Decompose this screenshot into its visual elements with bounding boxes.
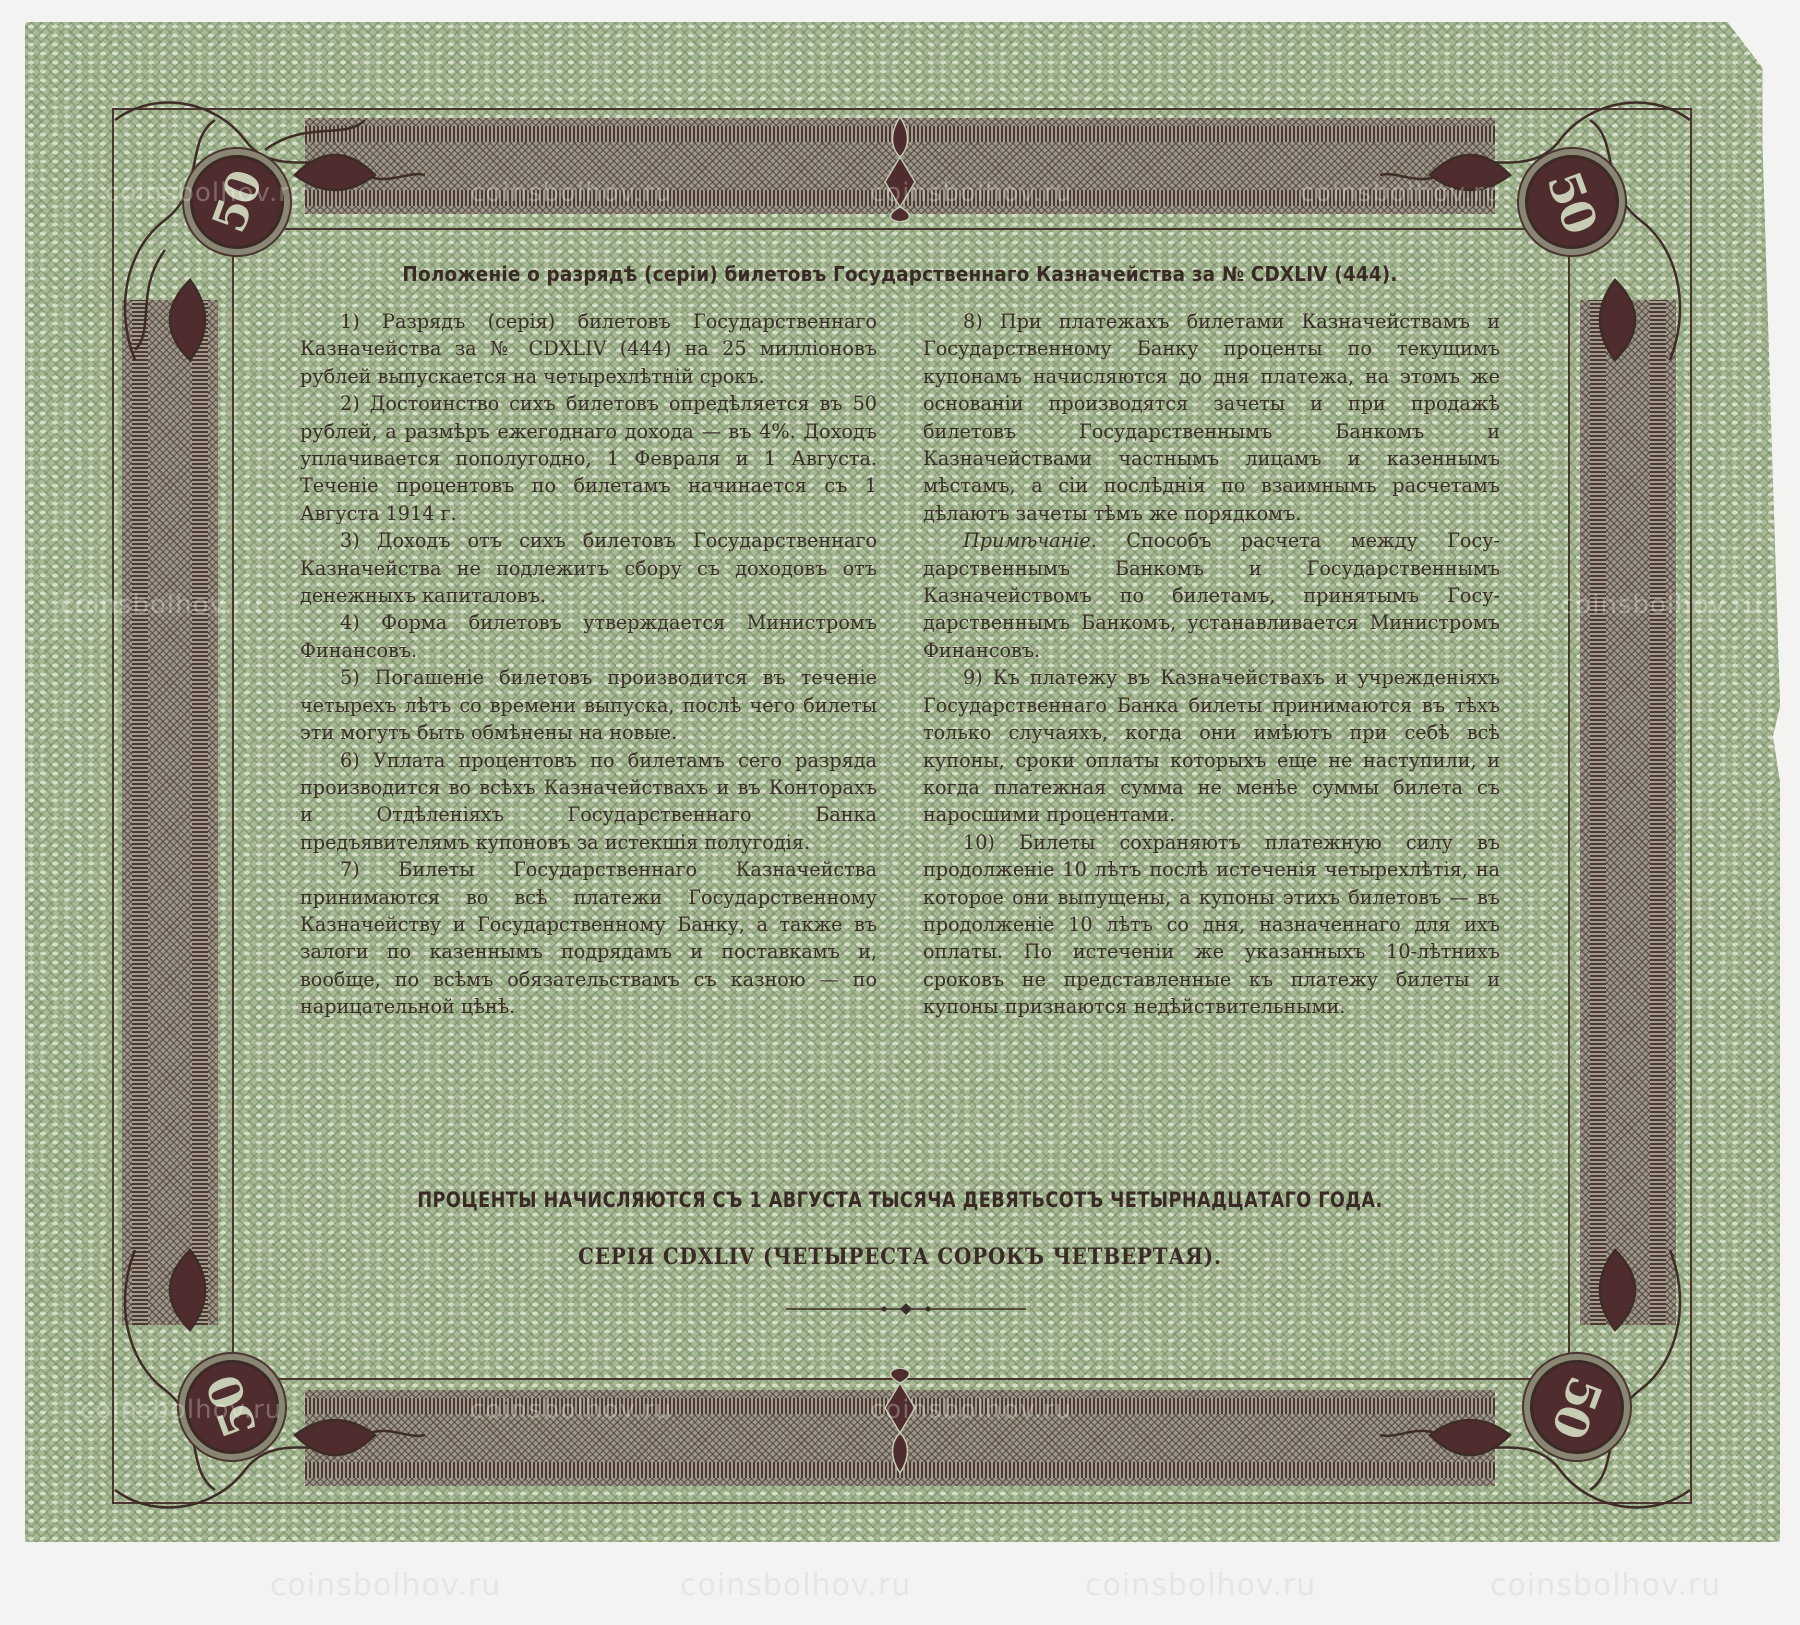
clause-5: 5) Погашенiе билетовъ производится въ те…	[300, 664, 877, 746]
terms-text-area: Положенiе о разрядѣ (серiи) билетовъ Гос…	[300, 262, 1500, 1021]
left-text-column: 1) Разрядъ (серiя) билетовъ Государствен…	[300, 308, 877, 1021]
series-line: СЕРIЯ CDXLIV (ЧЕТЫРЕСТА СОРОКЪ ЧЕТВЕРТАЯ…	[360, 1244, 1440, 1270]
corner-ornament-bottom-left: 50	[95, 1230, 425, 1530]
fleuron-top-icon	[870, 112, 930, 222]
clause-1: 1) Разрядъ (серiя) билетовъ Государствен…	[300, 308, 877, 390]
clause-2: 2) Достоинство сихъ билетовъ опредѣляетс…	[300, 390, 877, 527]
fleuron-bottom-icon	[870, 1368, 930, 1478]
clause-7: 7) Билеты Государственнаго Казначейства …	[300, 856, 877, 1020]
clause-8-note: Примѣчанiе. Способъ расчета между Госу­д…	[923, 527, 1500, 664]
watermark: coinsbolhov.ru	[680, 1568, 911, 1603]
note-label: Примѣчанiе.	[963, 529, 1097, 552]
document-title: Положенiе о разрядѣ (серiи) билетовъ Гос…	[348, 262, 1452, 286]
corner-ornament-bottom-right: 50	[1380, 1230, 1710, 1530]
clause-6: 6) Уплата процентовъ по билетамъ сего ра…	[300, 747, 877, 857]
watermark: coinsbolhov.ru	[1490, 1568, 1721, 1603]
clause-4: 4) Форма билетовъ утверждается Мини­стро…	[300, 609, 877, 664]
watermark: coinsbolhov.ru	[1085, 1568, 1316, 1603]
clause-3: 3) Доходъ отъ сихъ билетовъ Государствен…	[300, 527, 877, 609]
right-text-column: 8) При платежахъ билетами Казначействамъ…	[923, 308, 1500, 1021]
clause-8: 8) При платежахъ билетами Казначействамъ…	[923, 308, 1500, 527]
ornamental-divider-icon	[786, 1302, 1026, 1316]
interest-accrual-line: ПРОЦЕНТЫ НАЧИСЛЯЮТСЯ СЪ 1 АВГУСТА ТЫСЯЧА…	[396, 1188, 1404, 1212]
clause-10: 10) Билеты сохраняютъ платежную силу въ …	[923, 829, 1500, 1021]
clause-9: 9) Къ платежу въ Казначействахъ и учрежд…	[923, 664, 1500, 828]
watermark: coinsbolhov.ru	[270, 1568, 501, 1603]
